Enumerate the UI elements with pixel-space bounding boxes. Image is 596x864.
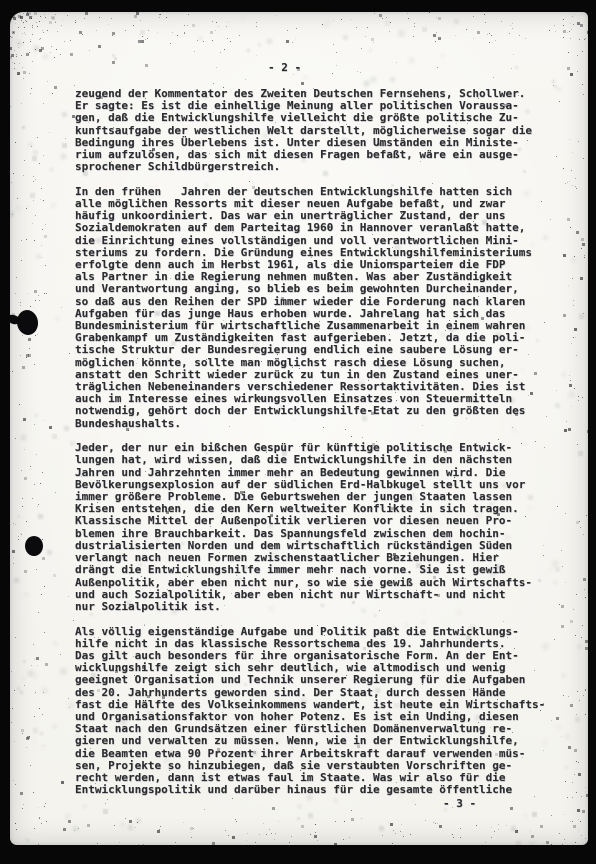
page-number-footer: - 3 - — [443, 798, 476, 810]
paper-sheet: - 2 - zeugend der Kommentator des Zweite… — [10, 12, 588, 845]
scanned-page: - 2 - zeugend der Kommentator des Zweite… — [0, 0, 596, 864]
paragraph-3: Jeder, der nur ein bißchen Gespür für kü… — [75, 442, 545, 613]
punch-hole-bottom — [25, 536, 43, 556]
text-column: zeugend der Kommentator des Zweiten Deut… — [75, 88, 545, 809]
paragraph-2: In den frühen Jahren der deutschen Entwi… — [75, 186, 545, 430]
scan-noise-specks — [10, 12, 11, 13]
page-number-header: - 2 - — [268, 62, 301, 74]
paragraph-1: zeugend der Kommentator des Zweiten Deut… — [75, 88, 545, 173]
paragraph-4: Als völlig eigenständige Aufgabe und Pol… — [75, 626, 545, 797]
